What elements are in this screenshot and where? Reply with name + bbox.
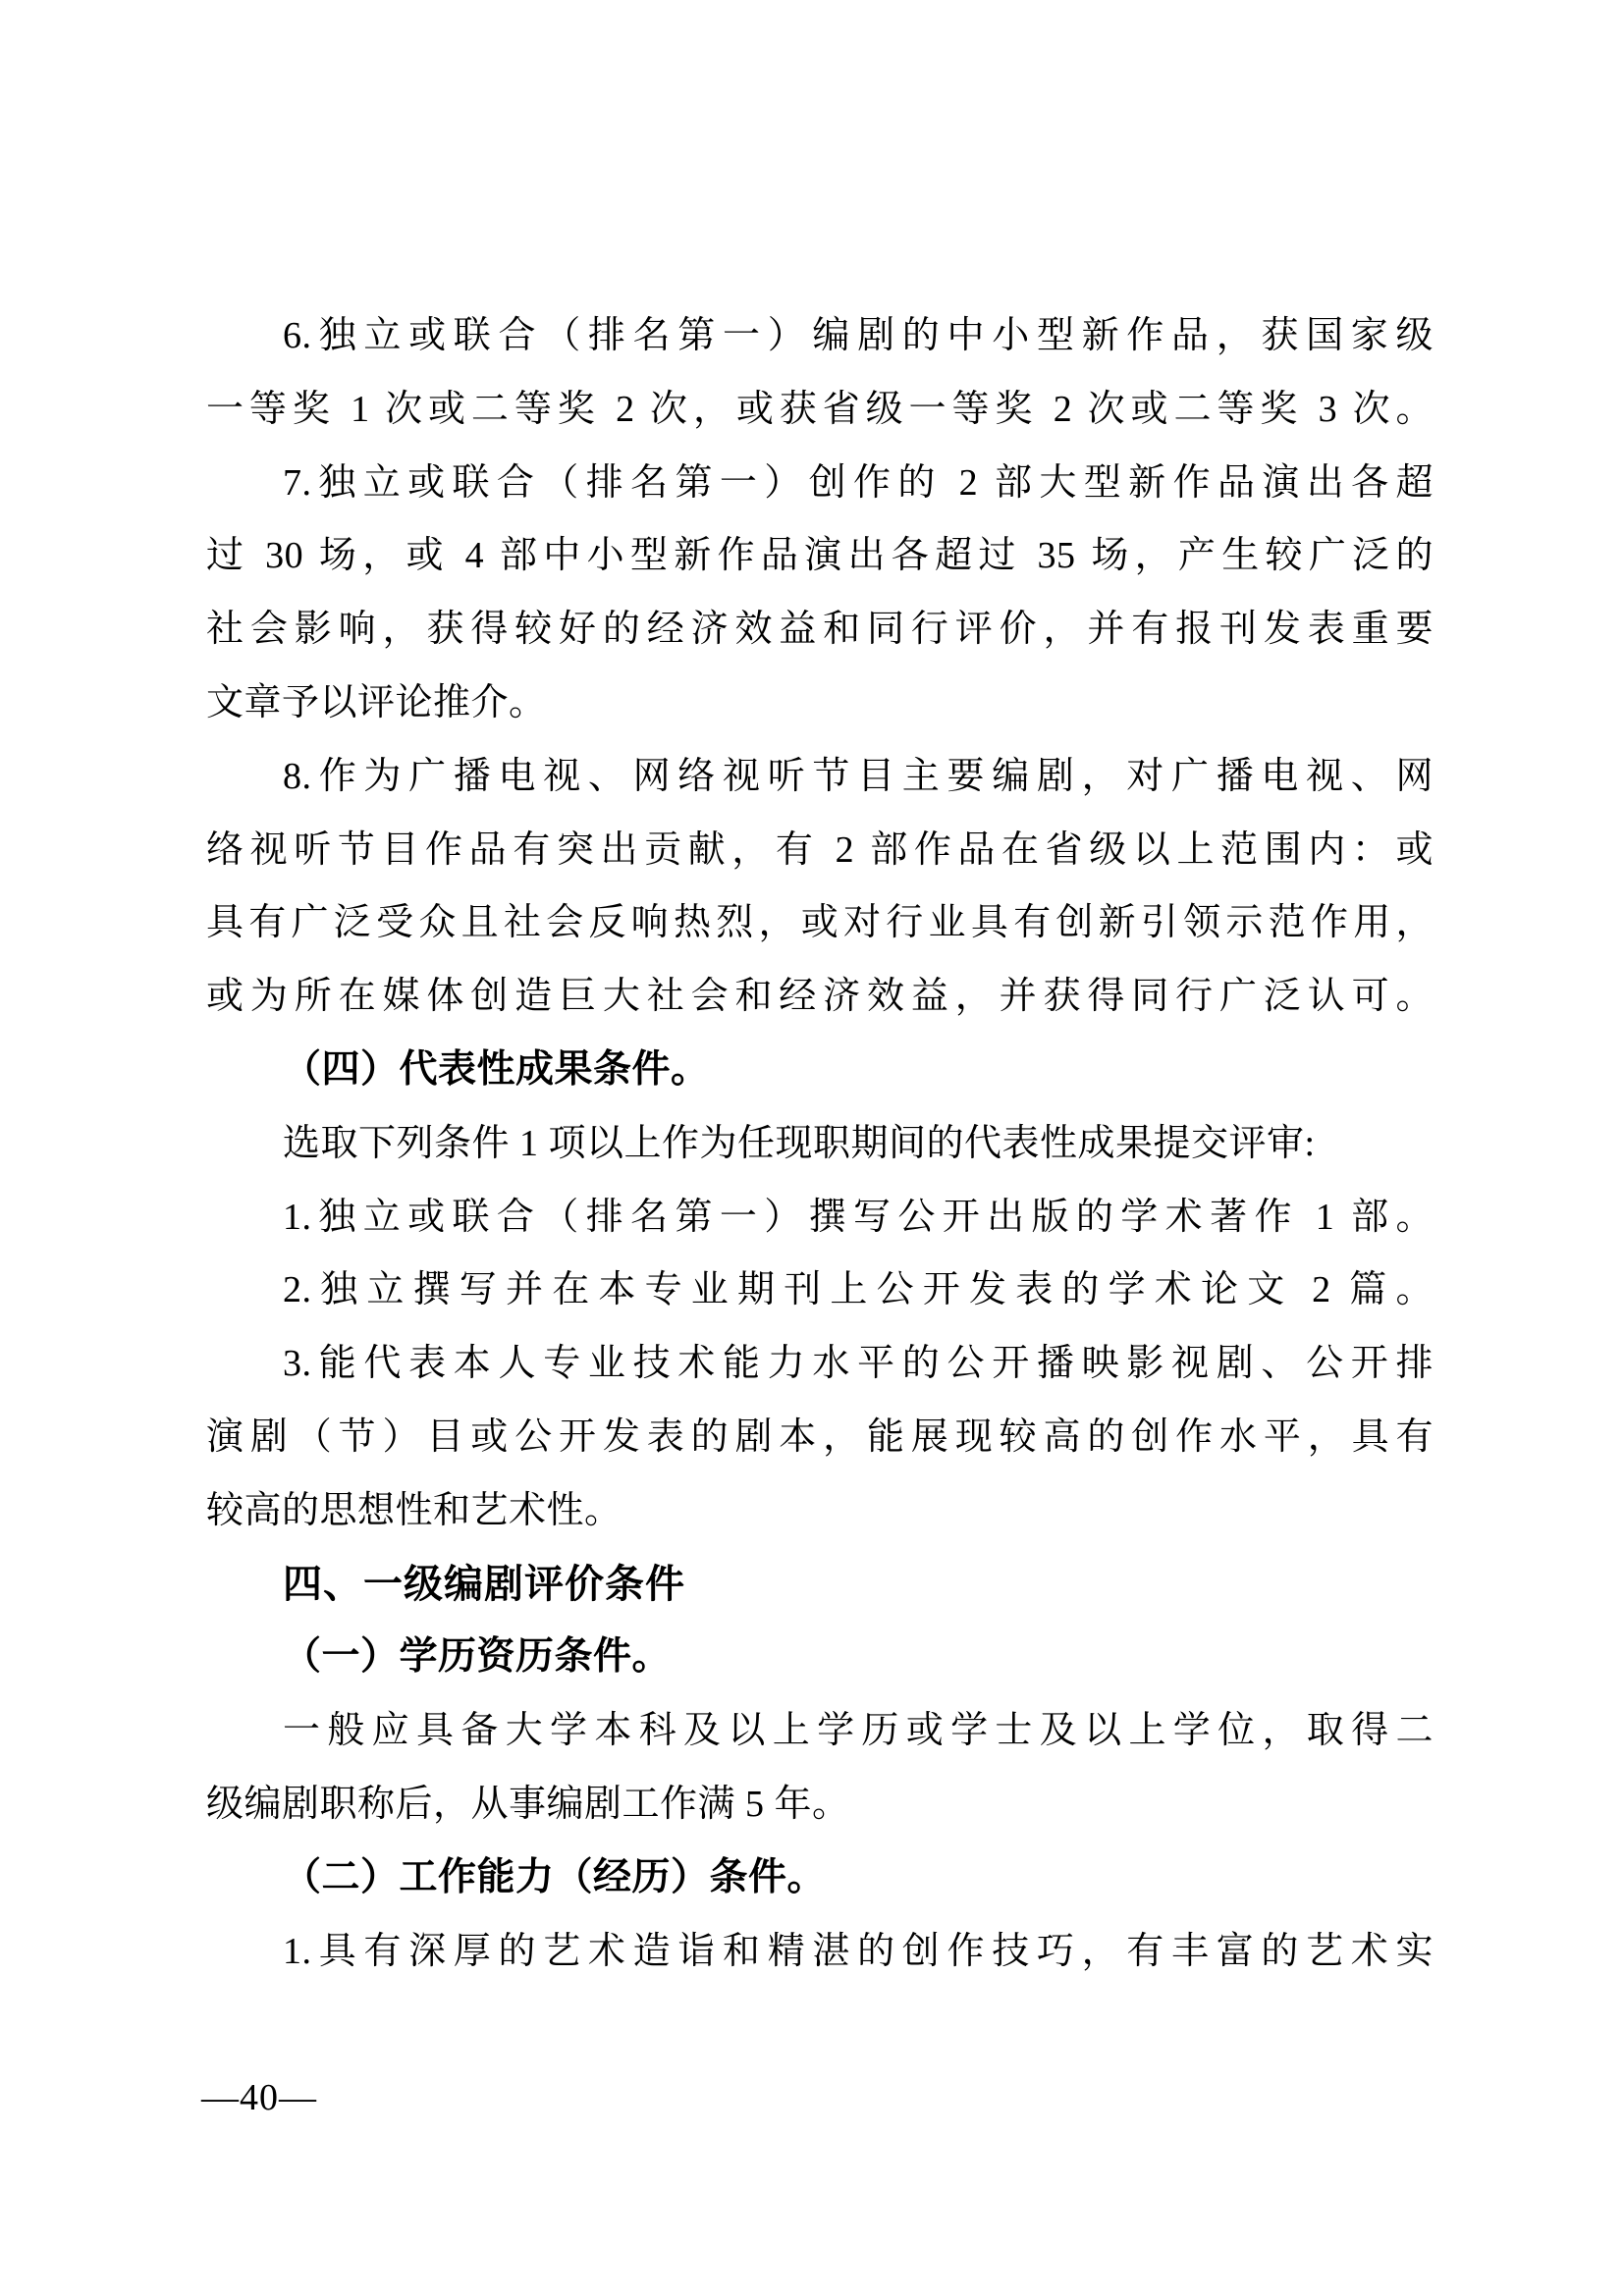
page-number: —40— [201, 2073, 317, 2122]
body-line: 一般应具备大学本科及以上学历或学士及以上学位，取得二 [206, 1694, 1434, 1768]
body-line: 6.独立或联合（排名第一）编剧的中小型新作品，获国家级 [206, 299, 1434, 373]
body-line: 较高的思想性和艺术性。 [206, 1474, 1434, 1548]
body-line: 7.独立或联合（排名第一）创作的 2 部大型新作品演出各超 [206, 447, 1434, 520]
body-line: 具有广泛受众且社会反响热烈，或对行业具有创新引领示范作用， [206, 886, 1434, 960]
body-line: 文章予以评论推介。 [206, 667, 1434, 740]
document-page: 6.独立或联合（排名第一）编剧的中小型新作品，获国家级 一等奖 1 次或二等奖 … [0, 0, 1623, 2296]
body-line: 2.独立撰写并在本专业期刊上公开发表的学术论文 2 篇。 [206, 1254, 1434, 1327]
body-line: 级编剧职称后，从事编剧工作满 5 年。 [206, 1768, 1434, 1842]
subheading-education-experience: （一）学历资历条件。 [206, 1621, 1434, 1694]
body-line: 或为所在媒体创造巨大社会和经济效益，并获得同行广泛认可。 [206, 960, 1434, 1034]
body-line: 3.能代表本人专业技术能力水平的公开播映影视剧、公开排 [206, 1327, 1434, 1401]
document-body: 6.独立或联合（排名第一）编剧的中小型新作品，获国家级 一等奖 1 次或二等奖 … [206, 299, 1434, 1988]
heading-level-one-screenwriter-criteria: 四、一级编剧评价条件 [206, 1548, 1434, 1622]
body-line: 1.具有深厚的艺术造诣和精湛的创作技巧，有丰富的艺术实 [206, 1915, 1434, 1989]
body-line: 1.独立或联合（排名第一）撰写公开出版的学术著作 1 部。 [206, 1181, 1434, 1255]
body-line: 络视听节目作品有突出贡献，有 2 部作品在省级以上范围内：或 [206, 814, 1434, 887]
body-line: 过 30 场，或 4 部中小型新作品演出各超过 35 场，产生较广泛的 [206, 519, 1434, 593]
subheading-work-ability: （二）工作能力（经历）条件。 [206, 1842, 1434, 1915]
body-line: 选取下列条件 1 项以上作为任现职期间的代表性成果提交评审: [206, 1107, 1434, 1181]
body-line: 社会影响，获得较好的经济效益和同行评价，并有报刊发表重要 [206, 593, 1434, 667]
body-line: 8.作为广播电视、网络视听节目主要编剧，对广播电视、网 [206, 740, 1434, 814]
body-line: 一等奖 1 次或二等奖 2 次，或获省级一等奖 2 次或二等奖 3 次。 [206, 373, 1434, 447]
subheading-representative-achievements: （四）代表性成果条件。 [206, 1034, 1434, 1107]
body-line: 演剧（节）目或公开发表的剧本，能展现较高的创作水平，具有 [206, 1401, 1434, 1474]
